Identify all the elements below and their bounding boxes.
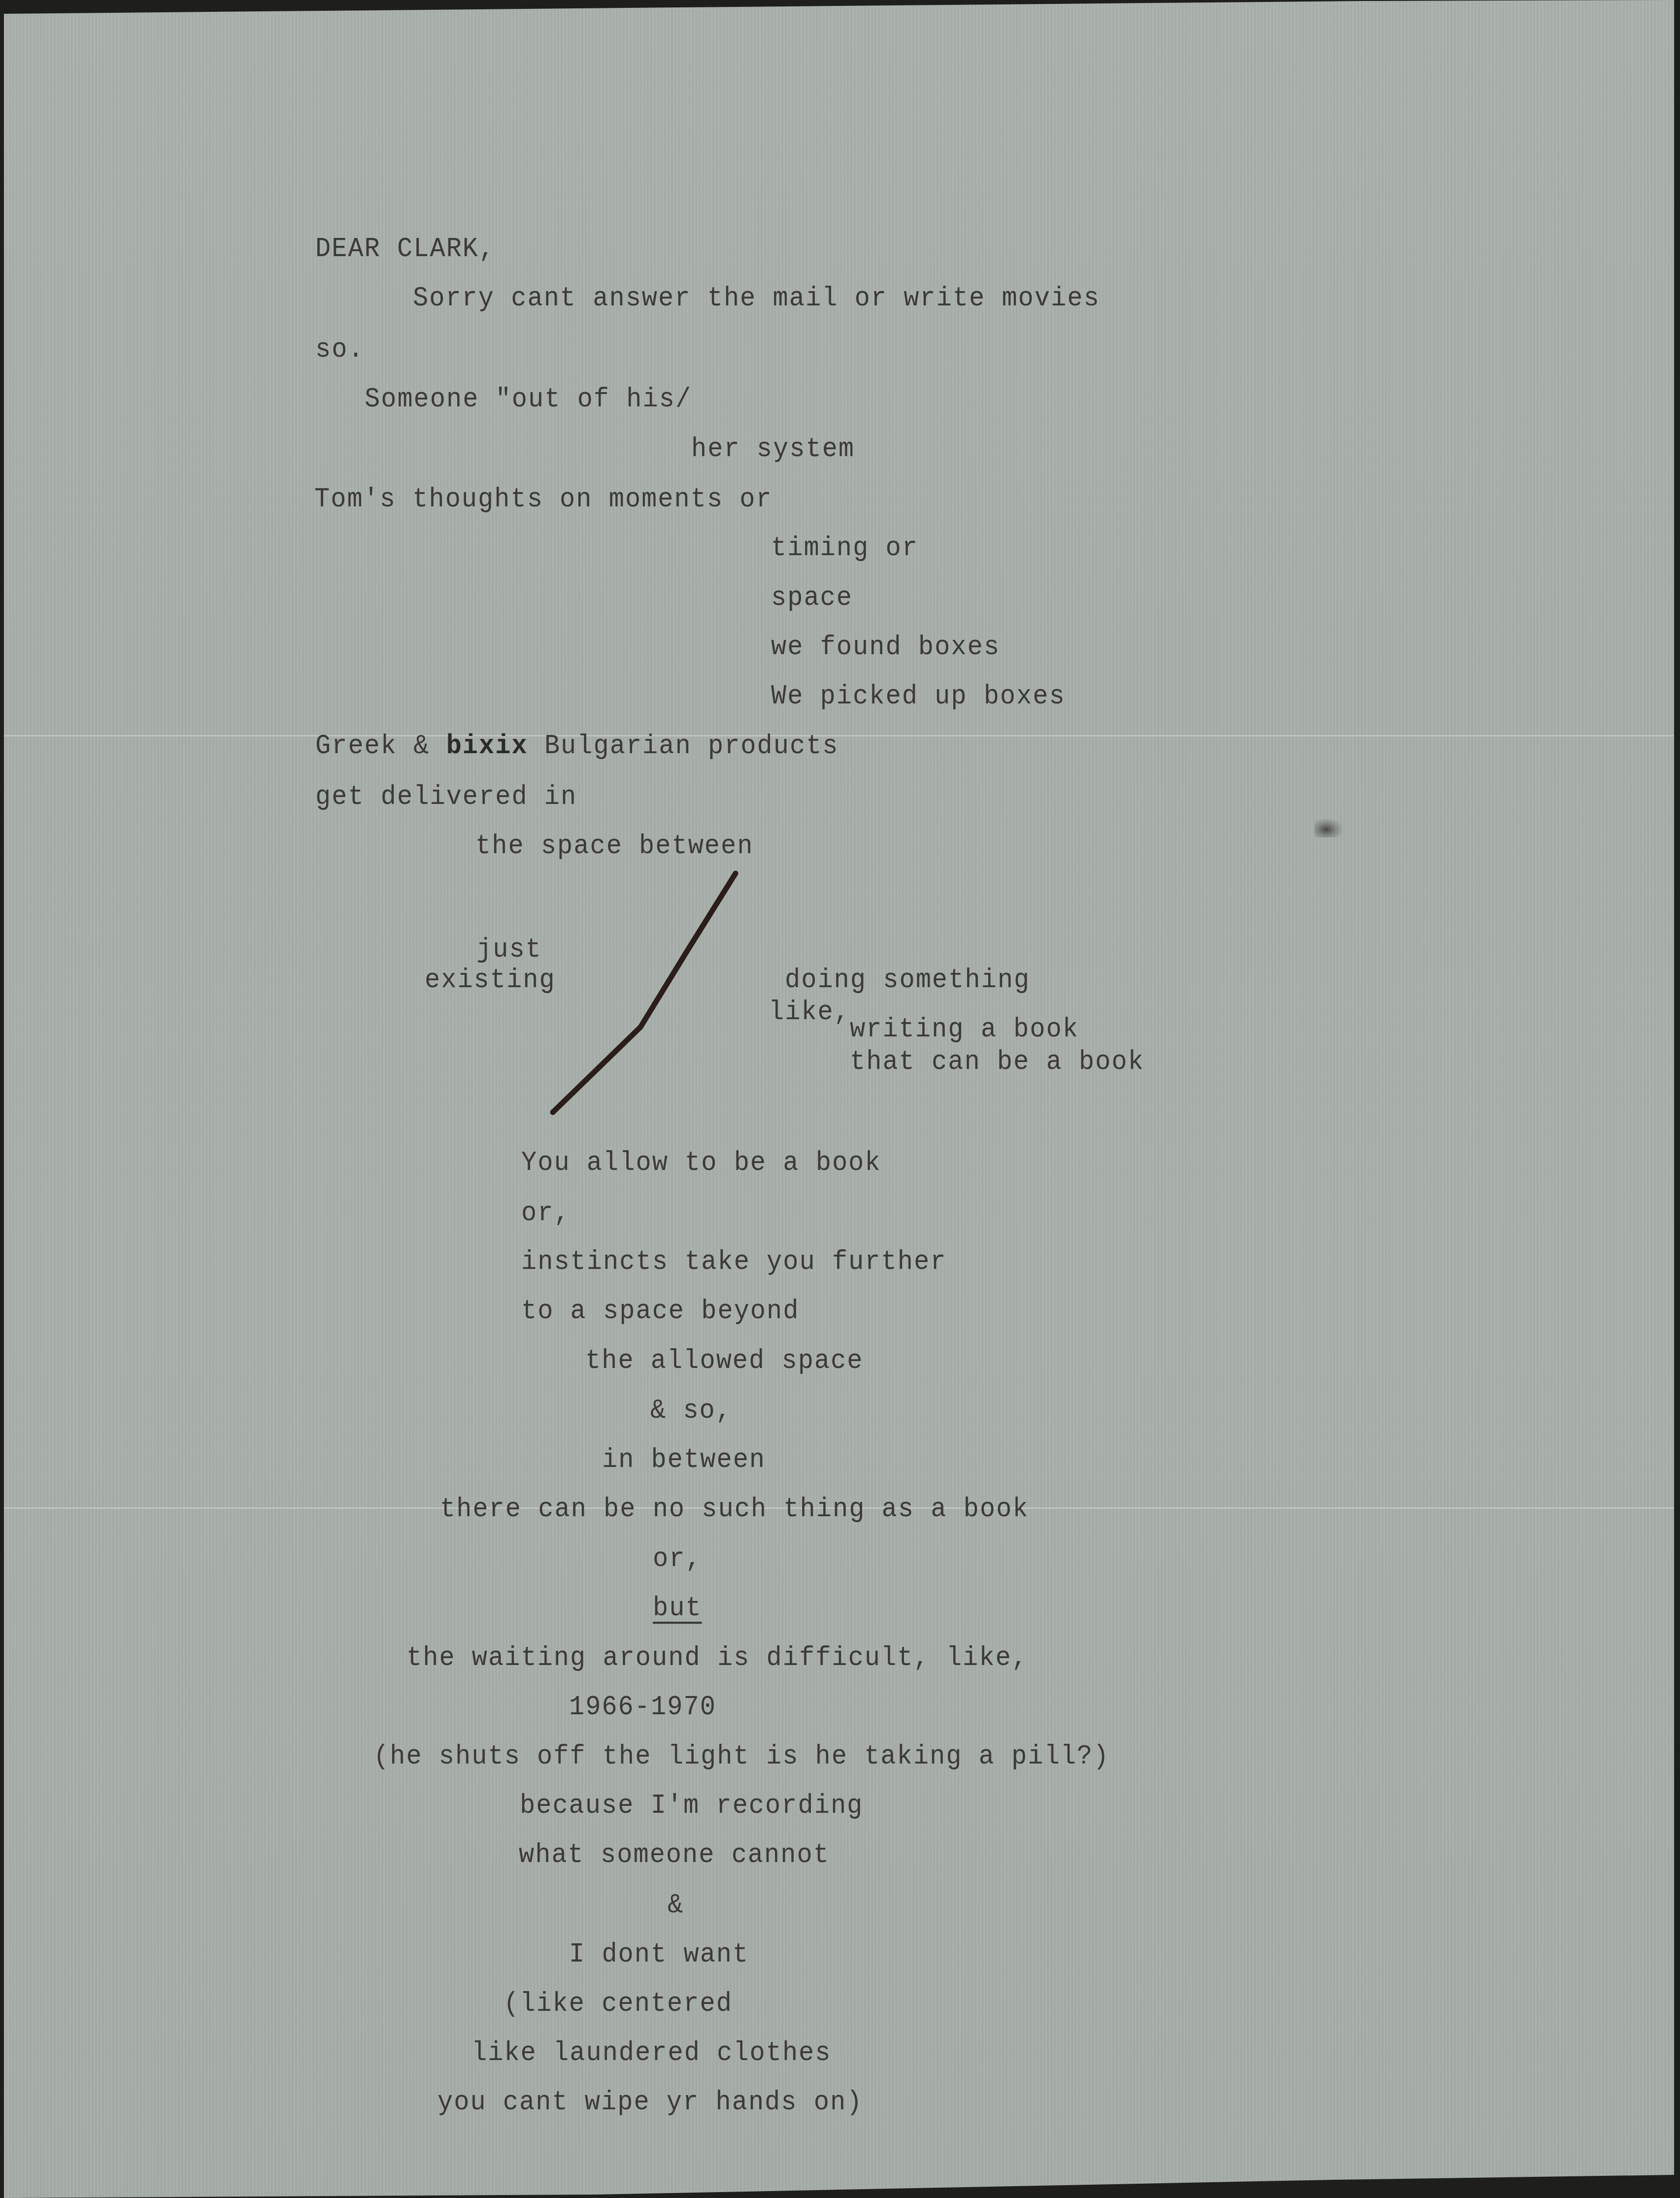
- text-line: we found boxes: [771, 633, 1000, 661]
- text-line: the allowed space: [585, 1347, 864, 1375]
- text-line: (like centered: [504, 1990, 733, 2018]
- salutation: DEAR CLARK,: [315, 235, 495, 263]
- text-line: space: [771, 584, 853, 612]
- text-line: get delivered in: [315, 783, 577, 811]
- text-line-right-column: doing something: [785, 966, 1030, 994]
- text-line: instincts take you further: [521, 1248, 946, 1276]
- underlined-word: but: [653, 1595, 702, 1622]
- text-line: like laundered clothes: [471, 2039, 832, 2067]
- text-line: to a space beyond: [521, 1298, 800, 1325]
- text-line-right-column: like,: [769, 999, 850, 1026]
- text-line: there can be no such thing as a book: [440, 1496, 1029, 1523]
- text-line: (he shuts off the light is he taking a p…: [373, 1743, 1109, 1770]
- text-line-right-column: writing a book: [850, 1016, 1079, 1043]
- letter-page: [4, 0, 1674, 2198]
- text-line: what someone cannot: [519, 1841, 830, 1869]
- text-line: so.: [315, 336, 365, 364]
- ink-smudge: [1314, 818, 1344, 837]
- text-line: Someone "out of his/: [365, 386, 692, 413]
- text-line: in between: [602, 1446, 766, 1474]
- text-line: or,: [653, 1545, 702, 1573]
- text-line: Tom's thoughts on moments or: [314, 486, 773, 513]
- text-line: You allow to be a book: [521, 1149, 881, 1177]
- text-line: Sorry cant answer the mail or write movi…: [413, 285, 1100, 312]
- text-line: We picked up boxes: [771, 683, 1066, 710]
- text-line: you cant wipe yr hands on): [437, 2089, 863, 2116]
- text-line: & so,: [650, 1397, 732, 1425]
- text-line: the waiting around is difficult, like,: [406, 1644, 1028, 1672]
- paper-fold-line: [4, 735, 1674, 736]
- text-line: timing or: [771, 534, 918, 562]
- text-line-left-column: just: [476, 936, 542, 964]
- text-line: the space between: [475, 833, 754, 860]
- text-line-right-column: that can be a book: [850, 1048, 1144, 1076]
- text-line: or,: [521, 1199, 571, 1227]
- text-segment: Greek &: [315, 731, 446, 762]
- text-line: 1966-1970: [569, 1694, 716, 1721]
- text-line: Greek & bixix Bulgarian products: [315, 733, 839, 760]
- text-line: because I'm recording: [520, 1792, 863, 1820]
- text-line: &: [668, 1892, 684, 1919]
- text-line: her system: [691, 435, 855, 463]
- struck-out-word: bixix: [446, 731, 528, 762]
- text-segment: Bulgarian products: [528, 731, 839, 762]
- text-line: I dont want: [569, 1941, 749, 1968]
- text-line-left-column: existing: [425, 966, 556, 994]
